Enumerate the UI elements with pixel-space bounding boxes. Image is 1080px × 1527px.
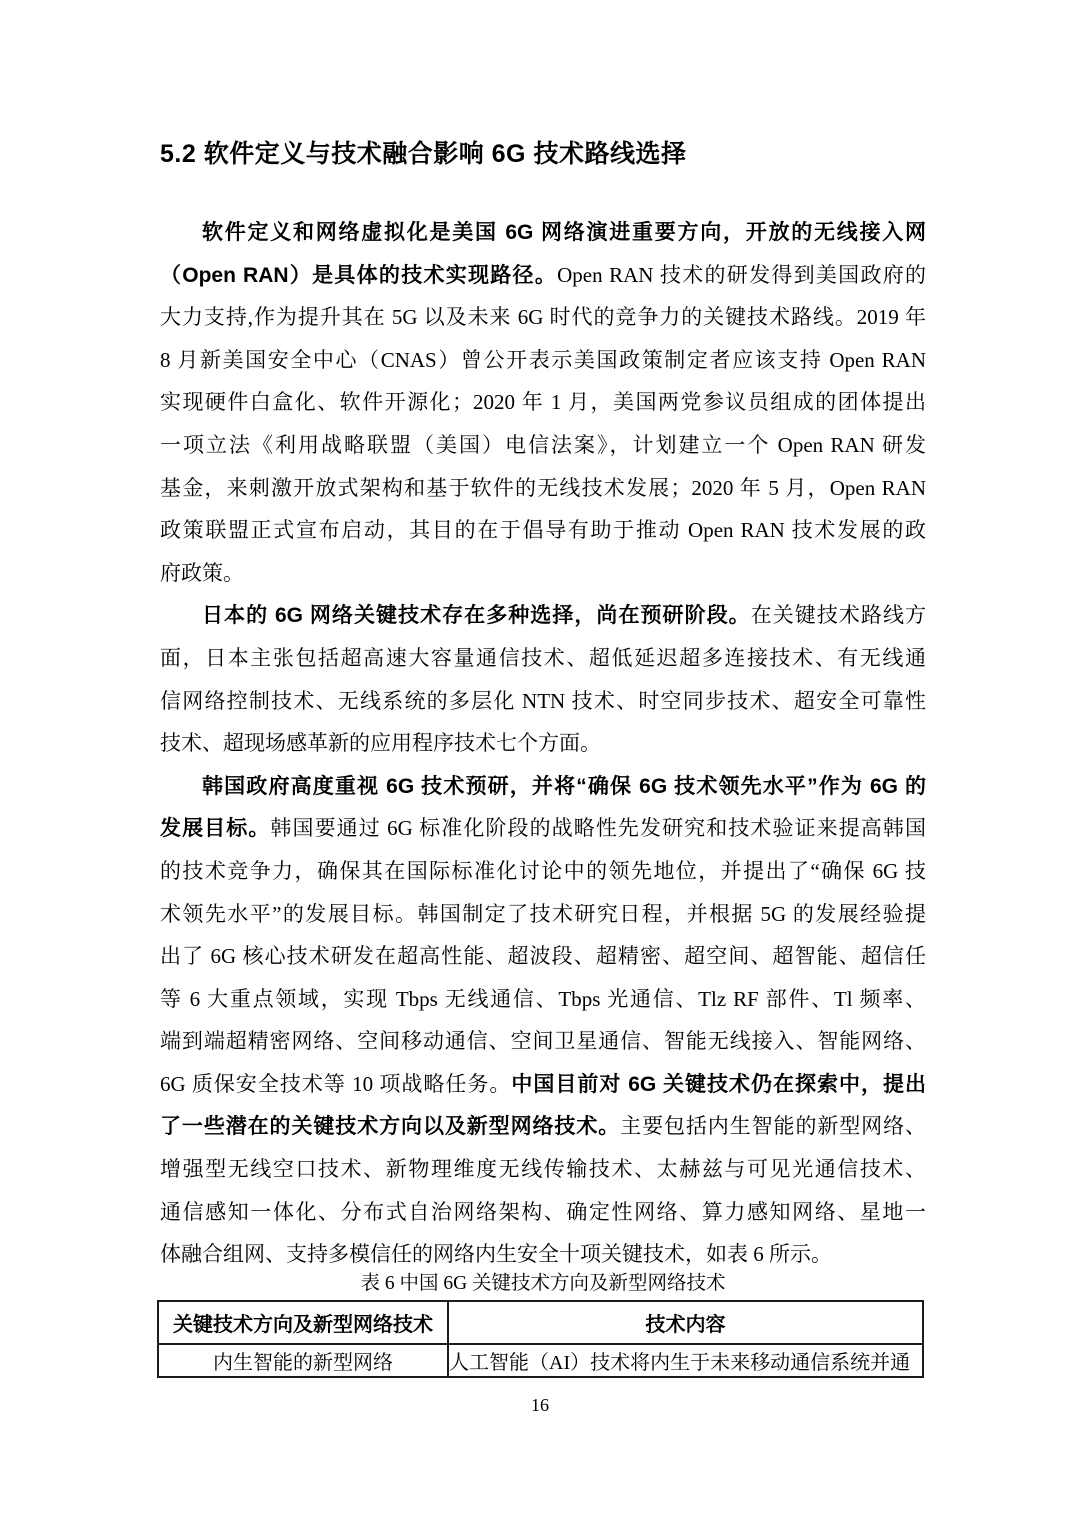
table-caption: 表 6 中国 6G 关键技术方向及新型网络技术: [160, 1271, 926, 1297]
bold-text-segment: （Open RAN）是具体的技术实现路径。: [160, 264, 557, 287]
table-header-row: 关键技术方向及新型网络技术 技术内容: [158, 1301, 923, 1344]
text-line: 发展目标。韩国要通过 6G 标准化阶段的战略性先发研究和技术验证来提高韩国: [160, 807, 926, 850]
bold-text-segment: 中国目前对 6G 关键技术仍在探索中，提出: [511, 1073, 926, 1096]
text-line: 信网络控制技术、无线系统的多层化 NTN 技术、时空同步技术、超安全可靠性: [160, 680, 926, 723]
text-segment: 出了 6G 核心技术研发在超高性能、超波段、超精密、超空间、超智能、超信任: [160, 944, 926, 968]
bold-text-segment: 了一些潜在的关键技术方向以及新型网络技术。: [160, 1115, 620, 1138]
text-line: 一项立法《利用战略联盟（美国）电信法案》，计划建立一个 Open RAN 研发: [160, 424, 926, 467]
page-number: 16: [0, 1395, 1080, 1416]
text-segment: 端到端超精密网络、空间移动通信、空间卫星通信、智能无线接入、智能网络、: [160, 1029, 926, 1053]
text-segment: 技术、超现场感革新的应用程序技术七个方面。: [160, 731, 601, 755]
text-segment: Open RAN 技术的研发得到美国政府的: [557, 263, 926, 287]
text-line: 软件定义和网络虚拟化是美国 6G 网络演进重要方向，开放的无线接入网: [160, 211, 926, 254]
text-segment: 基金，来刺激开放式架构和基于软件的无线技术发展；2020 年 5 月，Open …: [160, 476, 926, 500]
text-segment: 通信感知一体化、分布式自治网络架构、确定性网络、算力感知网络、星地一: [160, 1200, 926, 1224]
text-segment: 面，日本主张包括超高速大容量通信技术、超低延迟超多连接技术、有无线通: [160, 646, 926, 670]
bold-text-segment: 发展目标。: [160, 817, 270, 840]
text-line: 大力支持,作为提升其在 5G 以及未来 6G 时代的竞争力的关键技术路线。201…: [160, 296, 926, 339]
table-header-cell-direction: 关键技术方向及新型网络技术: [158, 1301, 448, 1344]
table-cell-direction: 内生智能的新型网络: [158, 1344, 448, 1377]
text-segment: 府政策。: [160, 561, 244, 585]
bold-text-segment: 韩国政府高度重视 6G 技术预研，并将“确保 6G 技术领先水平”作为 6G 的: [202, 775, 926, 798]
table-row: 内生智能的新型网络 人工智能（AI）技术将内生于未来移动通信系统并通: [158, 1344, 923, 1377]
text-segment: 等 6 大重点领域，实现 Tbps 无线通信、Tbps 光通信、Tlz RF 部…: [160, 987, 926, 1011]
text-segment: 增强型无线空口技术、新物理维度无线传输技术、太赫兹与可见光通信技术、: [160, 1157, 926, 1181]
text-line: 8 月新美国安全中心（CNAS）曾公开表示美国政策制定者应该支持 Open RA…: [160, 339, 926, 382]
document-page: 5.2 软件定义与技术融合影响 6G 技术路线选择 软件定义和网络虚拟化是美国 …: [0, 0, 1080, 1527]
text-line: 体融合组网、支持多模信任的网络内生安全十项关键技术，如表 6 所示。: [160, 1233, 926, 1276]
text-line: 6G 质保安全技术等 10 项战略任务。中国目前对 6G 关键技术仍在探索中，提…: [160, 1063, 926, 1106]
text-segment: 一项立法《利用战略联盟（美国）电信法案》，计划建立一个 Open RAN 研发: [160, 433, 926, 457]
text-line: 等 6 大重点领域，实现 Tbps 无线通信、Tbps 光通信、Tlz RF 部…: [160, 978, 926, 1021]
bold-text-segment: 软件定义和网络虚拟化是美国 6G 网络演进重要方向，开放的无线接入网: [202, 221, 926, 244]
table-header-cell-content: 技术内容: [448, 1301, 923, 1344]
text-segment: 体融合组网、支持多模信任的网络内生安全十项关键技术，如表 6 所示。: [160, 1242, 832, 1266]
section-heading: 5.2 软件定义与技术融合影响 6G 技术路线选择: [160, 136, 960, 172]
text-line: 术领先水平”的发展目标。韩国制定了技术研究日程，并根据 5G 的发展经验提: [160, 893, 926, 936]
text-line: 通信感知一体化、分布式自治网络架构、确定性网络、算力感知网络、星地一: [160, 1191, 926, 1234]
document-body: 软件定义和网络虚拟化是美国 6G 网络演进重要方向，开放的无线接入网（Open …: [160, 211, 926, 1276]
text-line: （Open RAN）是具体的技术实现路径。Open RAN 技术的研发得到美国政…: [160, 254, 926, 297]
text-segment: 实现硬件白盒化、软件开源化；2020 年 1 月，美国两党参议员组成的团体提出: [160, 390, 926, 414]
table-cell-content: 人工智能（AI）技术将内生于未来移动通信系统并通: [448, 1344, 923, 1377]
text-segment: 术领先水平”的发展目标。韩国制定了技术研究日程，并根据 5G 的发展经验提: [160, 902, 926, 926]
text-line: 了一些潜在的关键技术方向以及新型网络技术。主要包括内生智能的新型网络、: [160, 1105, 926, 1148]
text-line: 韩国政府高度重视 6G 技术预研，并将“确保 6G 技术领先水平”作为 6G 的: [160, 765, 926, 808]
bold-text-segment: 日本的 6G 网络关键技术存在多种选择，尚在预研阶段。: [202, 604, 751, 627]
text-line: 的技术竞争力，确保其在国际标准化讨论中的领先地位，并提出了“确保 6G 技: [160, 850, 926, 893]
text-segment: 信网络控制技术、无线系统的多层化 NTN 技术、时空同步技术、超安全可靠性: [160, 689, 926, 713]
text-segment: 大力支持,作为提升其在 5G 以及未来 6G 时代的竞争力的关键技术路线。201…: [160, 305, 926, 329]
text-line: 面，日本主张包括超高速大容量通信技术、超低延迟超多连接技术、有无线通: [160, 637, 926, 680]
text-segment: 6G 质保安全技术等 10 项战略任务。: [160, 1072, 511, 1096]
text-line: 实现硬件白盒化、软件开源化；2020 年 1 月，美国两党参议员组成的团体提出: [160, 381, 926, 424]
text-segment: 韩国要通过 6G 标准化阶段的战略性先发研究和技术验证来提高韩国: [270, 816, 926, 840]
text-line: 端到端超精密网络、空间移动通信、空间卫星通信、智能无线接入、智能网络、: [160, 1020, 926, 1063]
text-segment: 的技术竞争力，确保其在国际标准化讨论中的领先地位，并提出了“确保 6G 技: [160, 859, 926, 883]
text-segment: 8 月新美国安全中心（CNAS）曾公开表示美国政策制定者应该支持 Open RA…: [160, 348, 926, 372]
text-line: 政策联盟正式宣布启动，其目的在于倡导有助于推动 Open RAN 技术发展的政: [160, 509, 926, 552]
text-line: 日本的 6G 网络关键技术存在多种选择，尚在预研阶段。在关键技术路线方: [160, 594, 926, 637]
text-segment: 主要包括内生智能的新型网络、: [620, 1114, 926, 1138]
text-line: 基金，来刺激开放式架构和基于软件的无线技术发展；2020 年 5 月，Open …: [160, 467, 926, 510]
text-line: 增强型无线空口技术、新物理维度无线传输技术、太赫兹与可见光通信技术、: [160, 1148, 926, 1191]
text-line: 技术、超现场感革新的应用程序技术七个方面。: [160, 722, 926, 765]
text-segment: 政策联盟正式宣布启动，其目的在于倡导有助于推动 Open RAN 技术发展的政: [160, 518, 926, 542]
key-tech-table: 关键技术方向及新型网络技术 技术内容 内生智能的新型网络 人工智能（AI）技术将…: [157, 1300, 924, 1378]
text-line: 出了 6G 核心技术研发在超高性能、超波段、超精密、超空间、超智能、超信任: [160, 935, 926, 978]
text-line: 府政策。: [160, 552, 926, 595]
text-segment: 在关键技术路线方: [751, 603, 926, 627]
